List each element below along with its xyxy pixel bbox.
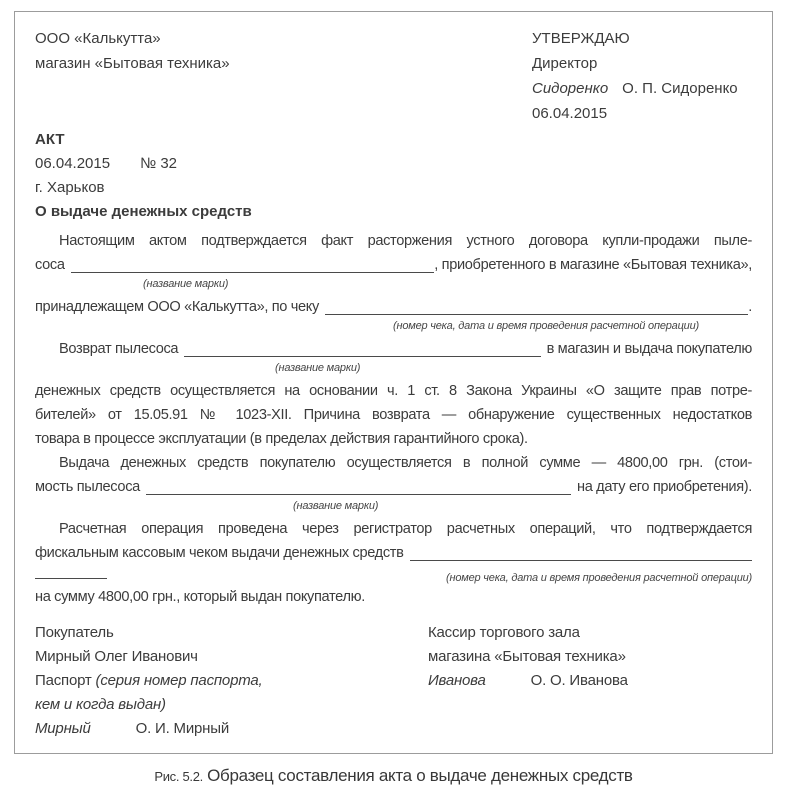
text-segment: Возврат пылесоса <box>59 337 178 361</box>
buyer-passport-line-1: Паспорт (серия номер паспорта, <box>35 669 428 693</box>
cashier-signature-block: Кассир торгового зала магазина «Бытовая … <box>428 621 752 741</box>
paragraph-2-line-4: товара в процессе эксплуатации (в предел… <box>35 427 752 451</box>
blank-brand-name <box>146 494 571 495</box>
document-city: г. Харьков <box>35 176 752 200</box>
director-signature: Сидоренко <box>532 80 608 97</box>
buyer-signature-line: МирныйО. И. Мирный <box>35 717 428 741</box>
figure-number: Рис. 5.2. <box>154 769 203 784</box>
paragraph-3-line-2: мость пылесоса на дату его приобретения)… <box>35 475 752 499</box>
cashier-sign-name: О. О. Иванова <box>531 672 628 689</box>
blank-caption-brand: (название марки) <box>275 361 752 379</box>
blank-brand-name <box>71 272 435 273</box>
document-header: ООО «Калькутта» магазин «Бытовая техника… <box>35 26 752 126</box>
blank-receipt-number <box>325 314 748 315</box>
figure-caption: Рис. 5.2. Образец составления акта о выд… <box>0 766 787 786</box>
blank-cash-receipt <box>410 560 752 561</box>
document-type: АКТ <box>35 128 752 152</box>
blank-caption-brand: (название марки) <box>293 499 752 517</box>
document-number: № 32 <box>140 155 177 172</box>
approval-date: 06.04.2015 <box>532 101 752 126</box>
figure-caption-text: Образец составления акта о выдаче денежн… <box>207 766 633 785</box>
paragraph-1-line-2: соса , приобретенного в магазине «Бытова… <box>35 253 752 277</box>
text-segment: мость пылесоса <box>35 475 140 499</box>
passport-hint: (серия номер паспорта, <box>96 672 263 689</box>
organization-store: магазин «Бытовая техника» <box>35 51 532 76</box>
blank-caption-receipt: (номер чека, дата и время проведения рас… <box>446 571 752 585</box>
paragraph-1-line-3: принадлежащем ООО «Калькутта», по чеку . <box>35 295 752 319</box>
paragraph-1-line-1: Настоящим актом подтверждается факт раст… <box>35 229 752 253</box>
director-name: О. П. Сидоренко <box>622 80 737 97</box>
text-segment: , приобретенного в магазине «Бытовая тех… <box>434 253 752 277</box>
approval-stamp: УТВЕРЖДАЮ <box>532 26 752 51</box>
buyer-handwritten-signature: Мирный <box>35 720 91 737</box>
text-segment: соса <box>35 253 65 277</box>
text-segment: в магазин и выдача покупателю <box>547 337 752 361</box>
buyer-signature-block: Покупатель Мирный Олег Иванович Паспорт … <box>35 621 428 741</box>
document-date: 06.04.2015 <box>35 155 110 172</box>
blank-line-continuation <box>35 578 107 579</box>
document-date-number: 06.04.2015№ 32 <box>35 152 752 176</box>
text-segment: принадлежащем ООО «Калькутта», по чеку <box>35 295 319 319</box>
cashier-signature-line: ИвановаО. О. Иванова <box>428 669 752 693</box>
organization-name: ООО «Калькутта» <box>35 26 532 51</box>
text-segment: на дату его приобретения). <box>577 475 752 499</box>
buyer-name: Мирный Олег Иванович <box>35 645 428 669</box>
signatures-block: Покупатель Мирный Олег Иванович Паспорт … <box>35 621 752 741</box>
cashier-label: Кассир торгового зала <box>428 621 752 645</box>
buyer-sign-name: О. И. Мирный <box>136 720 229 737</box>
text-segment: . <box>748 295 752 319</box>
document-subject: О выдаче денежных средств <box>35 200 752 224</box>
cashier-org: магазина «Бытовая техника» <box>428 645 752 669</box>
document-body: Настоящим актом подтверждается факт раст… <box>35 229 752 609</box>
organization-block: ООО «Калькутта» магазин «Бытовая техника… <box>35 26 532 126</box>
blank-brand-name <box>184 356 540 357</box>
cashier-handwritten-signature: Иванова <box>428 672 486 689</box>
approval-signature-line: СидоренкоО. П. Сидоренко <box>532 76 752 101</box>
title-block: АКТ 06.04.2015№ 32 г. Харьков О выдаче д… <box>35 128 752 224</box>
act-document: ООО «Калькутта» магазин «Бытовая техника… <box>14 11 773 754</box>
paragraph-2-line-3: бителей» от 15.05.91 № 1023-XII. Причина… <box>35 403 752 427</box>
blank-caption-receipt: (номер чека, дата и время проведения рас… <box>393 319 752 337</box>
passport-label: Паспорт <box>35 672 96 689</box>
buyer-label: Покупатель <box>35 621 428 645</box>
paragraph-3-line-1: Выдача денежных средств покупателю осуще… <box>35 451 752 475</box>
paragraph-2-line-1: Возврат пылесоса в магазин и выдача поку… <box>35 337 752 361</box>
paragraph-4-line-2: фискальным кассовым чеком выдачи денежны… <box>35 541 752 565</box>
buyer-passport-line-2: кем и когда выдан) <box>35 693 428 717</box>
paragraph-2-line-2: денежных средств осуществляется на основ… <box>35 379 752 403</box>
approval-role: Директор <box>532 51 752 76</box>
approval-block: УТВЕРЖДАЮ Директор СидоренкоО. П. Сидоре… <box>532 26 752 126</box>
blank-caption-brand: (название марки) <box>143 277 752 295</box>
paragraph-4-line-1: Расчетная операция проведена через регис… <box>35 517 752 541</box>
text-segment: фискальным кассовым чеком выдачи денежны… <box>35 541 404 565</box>
paragraph-4-line-3: (номер чека, дата и время проведения рас… <box>35 565 752 585</box>
paragraph-4-line-4: на сумму 4800,00 грн., который выдан пок… <box>35 585 752 609</box>
